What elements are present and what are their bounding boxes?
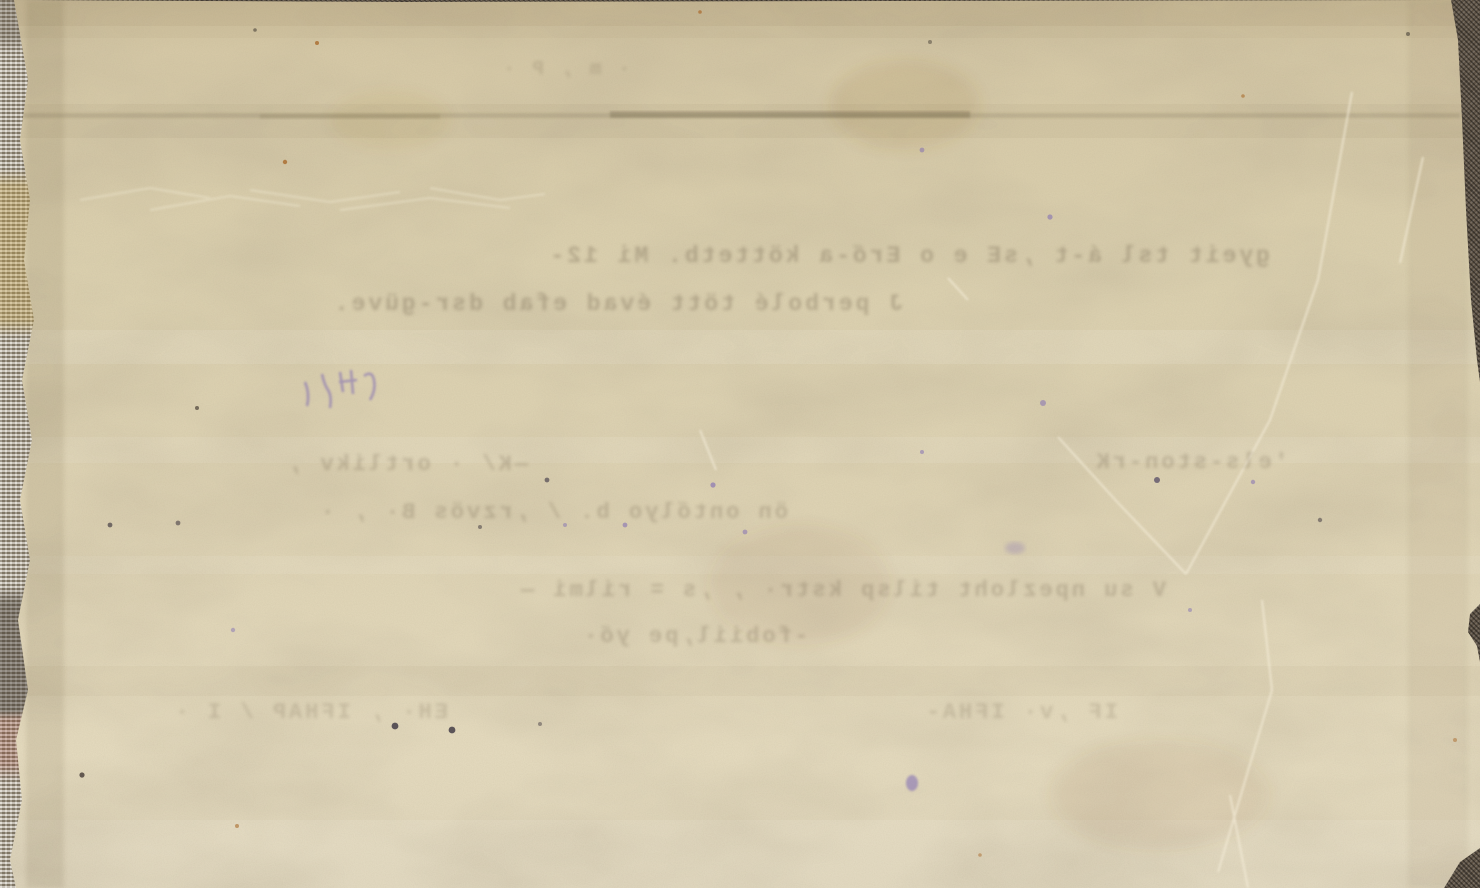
ghost-line: -fobiil,pe yő· [548, 624, 808, 649]
ghost-line: · m , P · [290, 58, 630, 80]
ghost-line: J perbolé tött évad efab dsr-güve. [243, 291, 903, 317]
ghost-line: ön ontőlyo b. / ,rzvös B· , · [228, 500, 788, 525]
scanned-paper-verso: · m , P · gyeit tsl á-t ,sE e o Erő-a kö… [0, 0, 1480, 888]
ghost-line: 'els-ston-rK [1008, 450, 1288, 475]
ghost-line: V su npezloht tilsp kstr· , ,s = rilmi — [56, 578, 1166, 603]
ghost-line: IF ,v· IFHA- [818, 700, 1118, 725]
paper-scan-svg [0, 0, 1480, 888]
ghost-line: EH· , IFHAP / I · [88, 700, 448, 725]
ghost-line: gyeit tsl á-t ,sE e o Erő-a köttetb. Mi … [185, 243, 1270, 269]
ghost-line: —K/ · ortlikv , [58, 452, 528, 477]
